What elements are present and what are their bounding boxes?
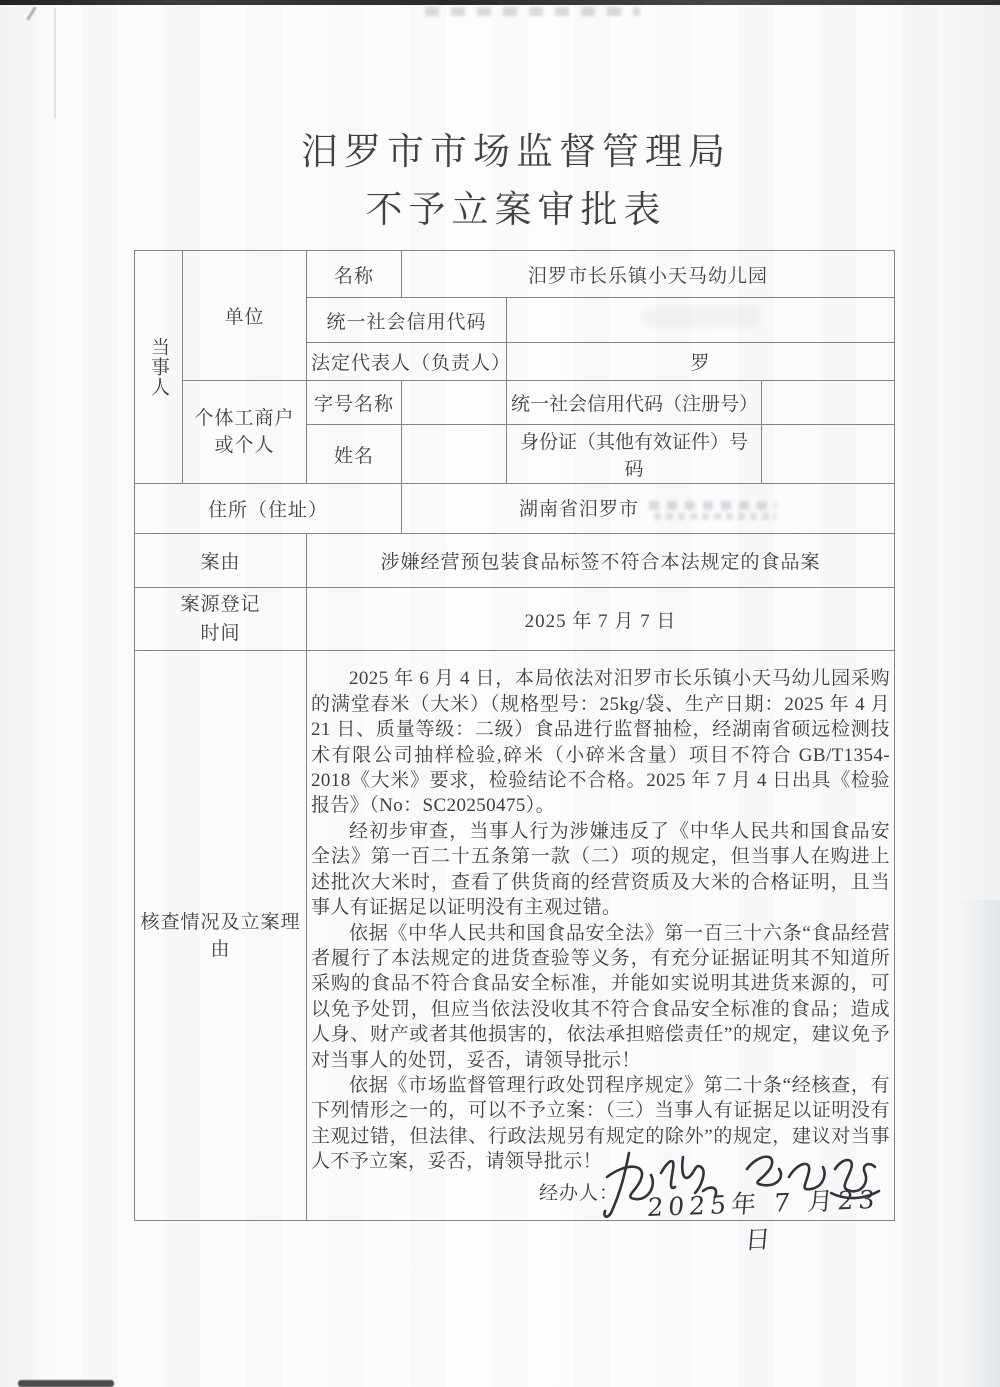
faint-smudge (641, 306, 761, 328)
row-unit-name: 当事人 单位 名称 汨罗市长乐镇小天马幼儿园 (135, 251, 895, 298)
unit-label: 单位 (183, 251, 307, 381)
name-value: 汨罗市长乐镇小天马幼儿园 (402, 251, 895, 298)
review-paragraph-1: 2025 年 6 月 4 日，本局依法对汨罗市长乐镇小天马幼儿园采购的满堂春米（… (311, 666, 890, 818)
cause-label: 案由 (135, 534, 307, 588)
scan-paper-edge-line (54, 8, 56, 118)
id-no-label: 身份证（其他有效证件）号码 (507, 425, 762, 484)
scan-smudge-bottom (18, 1380, 114, 1387)
redacted-text (649, 499, 777, 523)
address-text: 湖南省汨罗市 (519, 499, 639, 520)
reg-no-label: 统一社会信用代码（注册号） (507, 381, 762, 425)
registration-value: 2025 年 7 月 7 日 (307, 588, 895, 651)
review-paragraph-3: 依据《中华人民共和国食品安全法》第一百三十六条“食品经营者履行了本法规定的进货查… (311, 921, 890, 1073)
scanner-edge-band (0, 0, 1000, 5)
party-section-label: 当事人 (135, 251, 183, 484)
uscc-label: 统一社会信用代码 (307, 298, 507, 343)
registration-label: 案源登记 时间 (135, 588, 307, 651)
shop-name-value (402, 381, 507, 425)
row-cause: 案由 涉嫌经营预包装食品标签不符合本法规定的食品案 (135, 534, 895, 588)
shop-name-label: 字号名称 (307, 381, 402, 425)
scan-tick-mark (26, 6, 36, 20)
name-label: 名称 (307, 251, 402, 298)
handwritten-date: 2025年 7 月23日 (634, 1180, 890, 1261)
address-label: 住所（住址） (135, 484, 402, 534)
legal-rep-value: 罗 (507, 343, 895, 381)
row-shop-name: 个体工商户或个人 字号名称 统一社会信用代码（注册号） (135, 381, 895, 425)
row-review: 核查情况及立案理由 2025 年 6 月 4 日，本局依法对汨罗市长乐镇小天马幼… (135, 651, 895, 1221)
person-name-label: 姓名 (307, 425, 402, 484)
review-section-label: 核查情况及立案理由 (135, 651, 307, 1221)
uscc-value (507, 298, 895, 343)
row-address: 住所（住址） 湖南省汨罗市 (135, 484, 895, 534)
cause-value: 涉嫌经营预包装食品标签不符合本法规定的食品案 (307, 534, 895, 588)
approval-form-table: 当事人 单位 名称 汨罗市长乐镇小天马幼儿园 统一社会信用代码 法定代表人（负责… (134, 250, 895, 1221)
legal-rep-label: 法定代表人（负责人） (307, 343, 507, 381)
individual-label: 个体工商户或个人 (183, 381, 307, 484)
review-paragraph-2: 经初步审查，当事人行为涉嫌违反了《中华人民共和国食品安全法》第一百二十五条第一款… (311, 819, 890, 921)
review-body: 2025 年 6 月 4 日，本局依法对汨罗市长乐镇小天马幼儿园采购的满堂春米（… (307, 651, 895, 1221)
document-title: 汨罗市市场监督管理局 不予立案审批表 (16, 124, 1000, 240)
id-no-value (762, 425, 895, 484)
person-name-value (402, 425, 507, 484)
scan-right-shading (958, 900, 1000, 1387)
scan-smudge-top (425, 7, 640, 16)
reg-no-value (762, 381, 895, 425)
title-line-1: 汨罗市市场监督管理局 (16, 124, 1000, 182)
title-line-2: 不予立案审批表 (16, 182, 1000, 240)
address-value: 湖南省汨罗市 (402, 484, 895, 534)
row-registration-time: 案源登记 时间 2025 年 7 月 7 日 (135, 588, 895, 651)
